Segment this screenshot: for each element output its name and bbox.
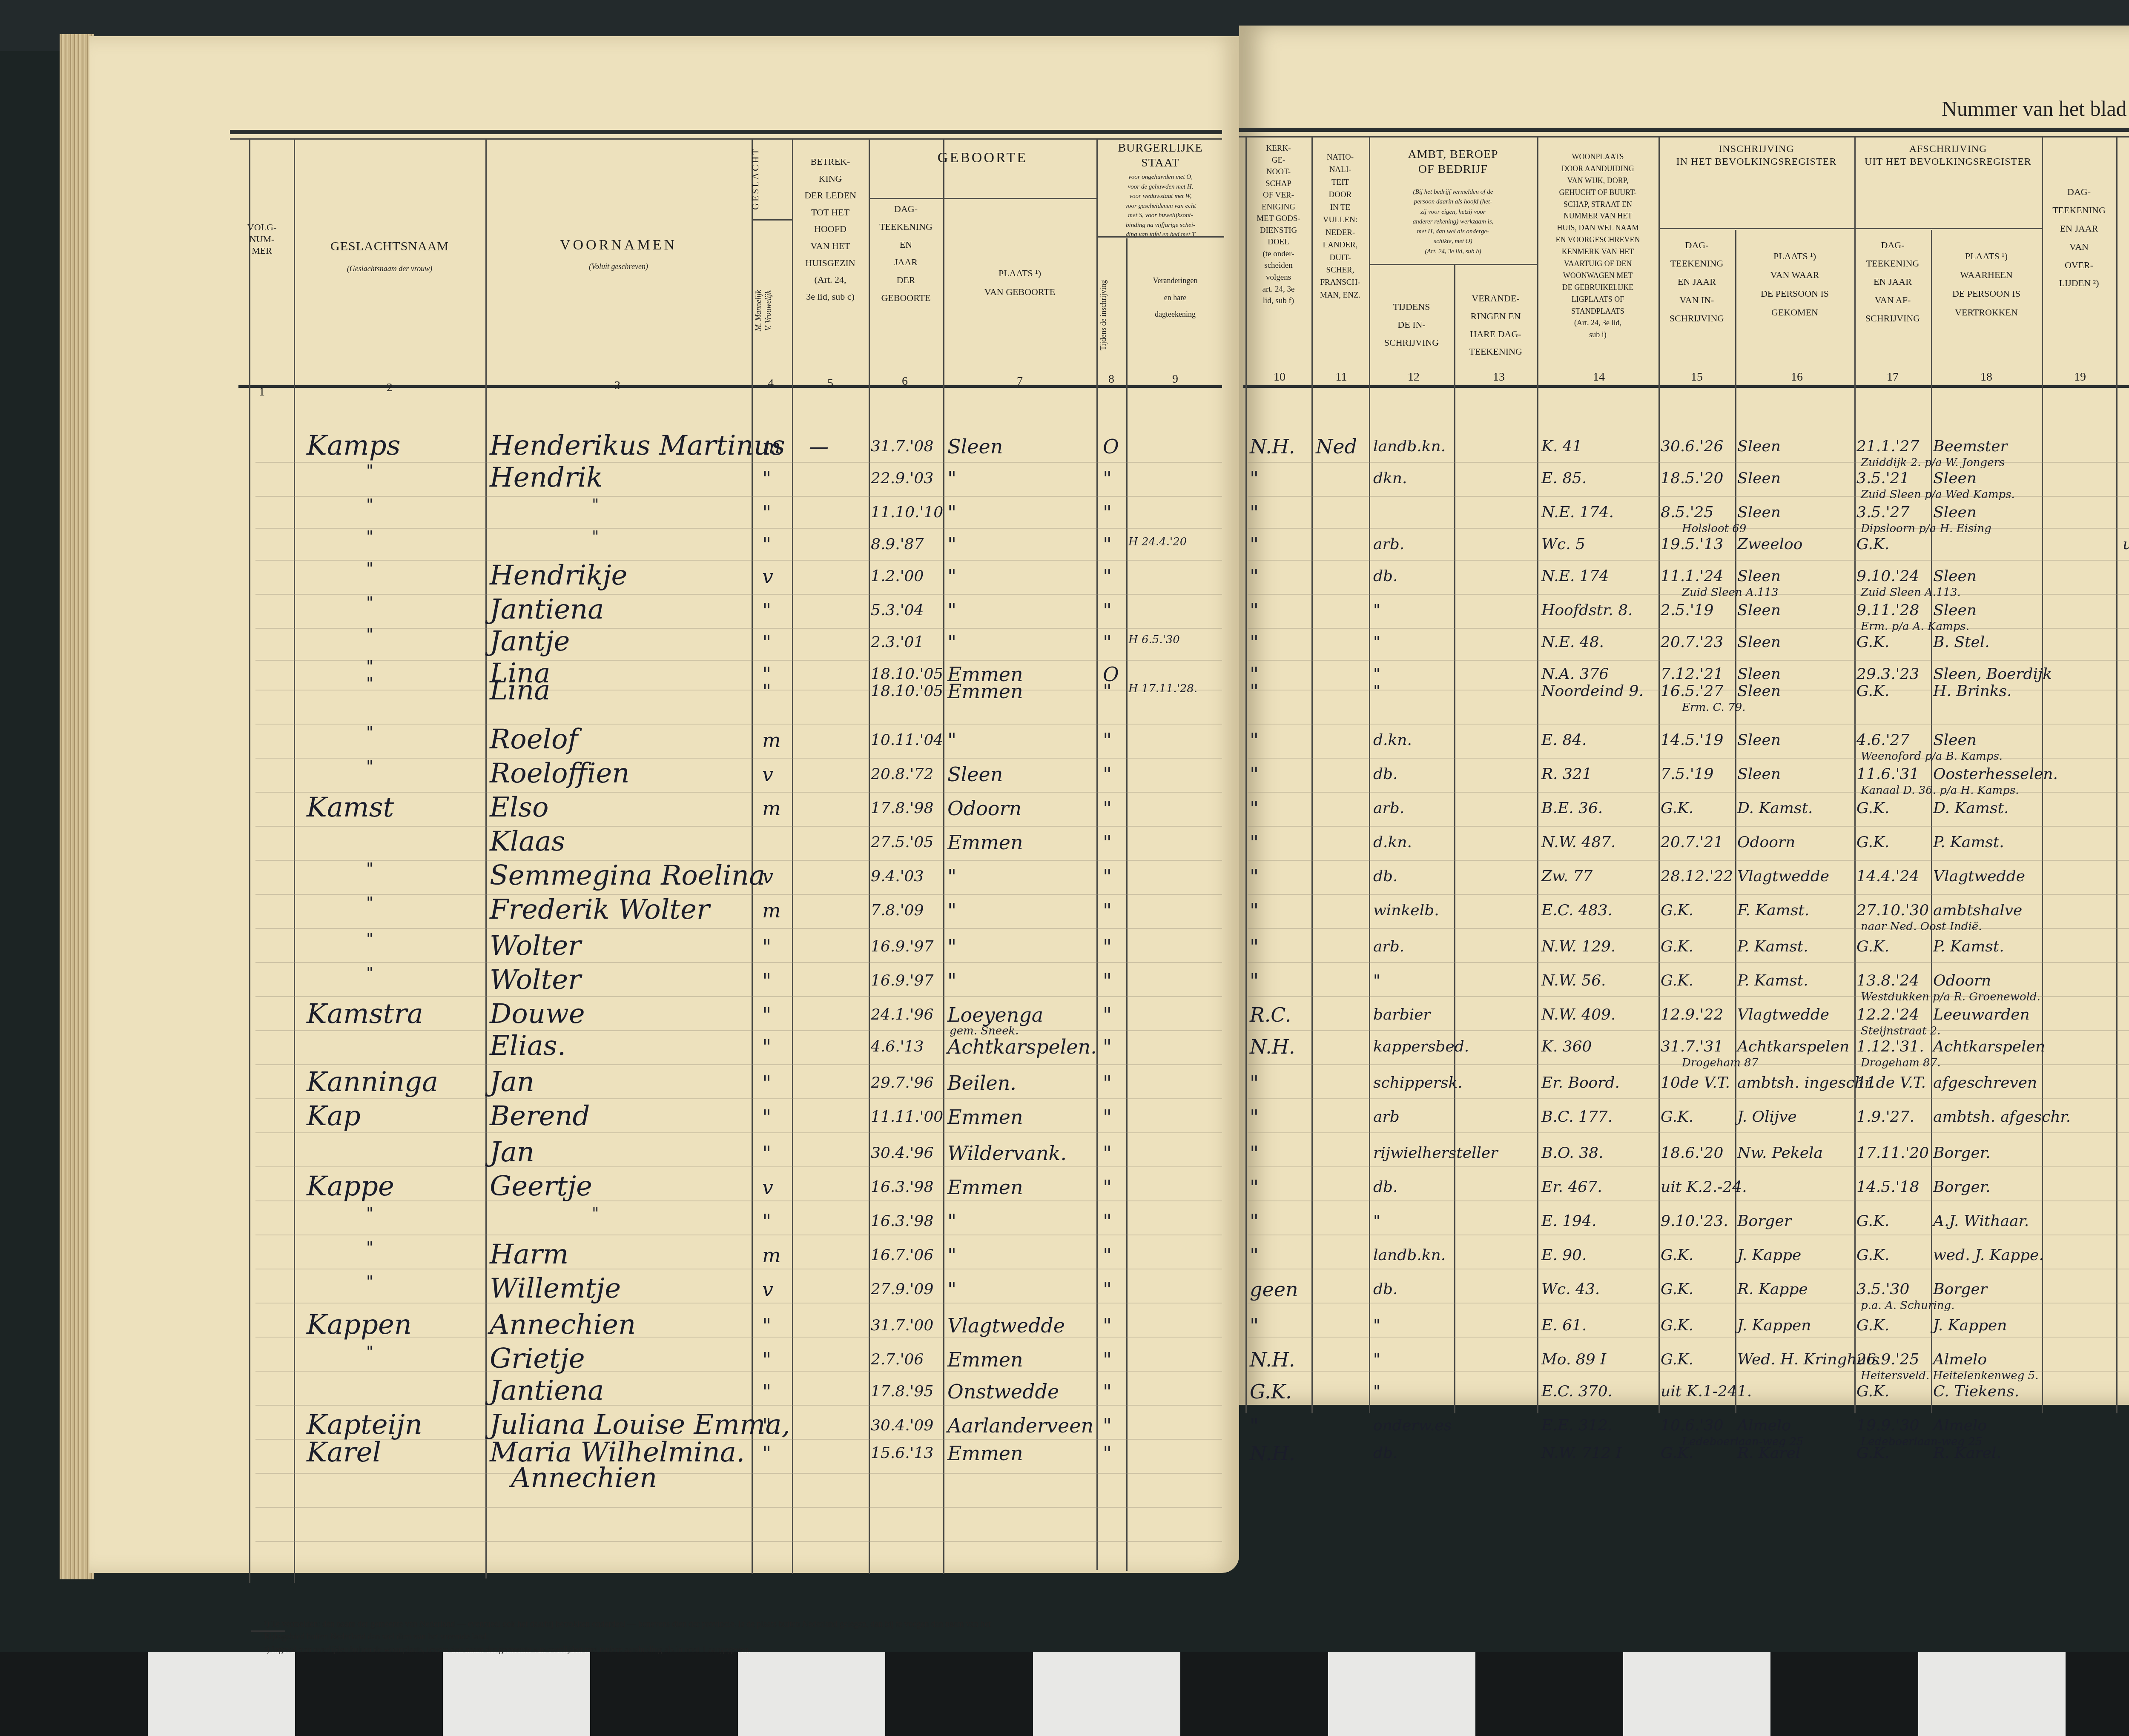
- registration-date-cell: 18.5.'20: [1661, 470, 1723, 487]
- moved-to-note: Zuid Sleen A.113.: [1861, 586, 1961, 599]
- deregistration-date-cell: 12.2.'24: [1856, 1006, 1919, 1023]
- residence-cell: E. 61.: [1541, 1317, 1587, 1334]
- row-line: [255, 1132, 1222, 1133]
- birthdate-cell: 29.7.'96: [871, 1074, 933, 1091]
- row-line: [1248, 1269, 2129, 1269]
- deregistration-date-cell: 11de V.T.: [1856, 1074, 1926, 1091]
- sex-cell: v: [762, 865, 773, 888]
- came-from-cell: Sleen: [1737, 602, 1781, 619]
- residence-cell: Hoofdstr. 8.: [1541, 602, 1633, 619]
- church-cell: ": [1250, 831, 1259, 854]
- birthdate-cell: 27.5.'05: [871, 834, 933, 851]
- occupation-cell: landb.kn.: [1373, 1246, 1446, 1264]
- civil-status-cell: ": [1103, 1210, 1112, 1233]
- moved-to-cell: P. Kamst.: [1933, 834, 2004, 851]
- row-line: [1248, 660, 2129, 661]
- registration-date-cell: 18.6.'20: [1661, 1144, 1723, 1162]
- civil-status-cell: ": [1103, 763, 1112, 786]
- birthdate-cell: 24.1.'96: [871, 1006, 933, 1023]
- row-line: [255, 496, 1222, 497]
- col-number: 7: [1007, 375, 1033, 388]
- civil-status-cell: ": [1103, 1071, 1112, 1094]
- col-line: [792, 140, 793, 1574]
- firstname-continuation: Annechien: [511, 1462, 657, 1494]
- col-header-afschrijving-datum: DAG- TEEKENING EN JAAR VAN AF- SCHRIJVIN…: [1854, 236, 1931, 327]
- birthdate-cell: 16.3.'98: [871, 1212, 933, 1230]
- sex-cell: ": [762, 501, 771, 524]
- residence-cell: E. 194.: [1541, 1212, 1596, 1230]
- surname-cell: ": [366, 675, 373, 692]
- sex-cell: ": [762, 1414, 771, 1437]
- moved-to-cell: Sleen: [1933, 567, 1977, 585]
- firstname-cell: Annechien: [490, 1309, 636, 1341]
- occupation-cell: arb.: [1373, 799, 1404, 817]
- col-header-veranderingen: Veranderingen en hare dagteekening: [1126, 272, 1224, 323]
- came-from-cell: Sleen: [1737, 633, 1781, 651]
- moved-to-cell: Almelo: [1933, 1417, 1987, 1434]
- birthplace-cell: ": [947, 599, 956, 622]
- moved-to-cell: Sleen: [1933, 731, 1977, 749]
- moved-to-cell: ambtsh. afgeschr.: [1933, 1108, 2071, 1126]
- civil-status-cell: ": [1103, 501, 1112, 524]
- occupation-cell: winkelb.: [1373, 902, 1439, 919]
- firstname-cell: Roelof: [490, 724, 578, 755]
- church-cell: N.H.: [1250, 1348, 1295, 1371]
- sex-cell: ": [762, 1071, 771, 1094]
- row-line: [255, 1200, 1222, 1201]
- surname-cell: ": [366, 894, 373, 911]
- firstname-cell: Geertje: [490, 1171, 592, 1202]
- col-number: 14: [1586, 370, 1612, 384]
- col-line: [943, 140, 944, 1574]
- church-cell: ": [1250, 1414, 1259, 1437]
- col-line: [1931, 230, 1932, 1413]
- residence-cell: B.C. 177.: [1541, 1108, 1613, 1126]
- church-cell: ": [1250, 797, 1259, 820]
- col-number: 12: [1401, 370, 1426, 384]
- col-header-woonplaats: WOONPLAATS DOOR AANDUIDING VAN WIJK, DOR…: [1537, 151, 1658, 341]
- residence-cell: K. 360: [1541, 1038, 1592, 1055]
- occupation-cell: schippersk.: [1373, 1074, 1463, 1091]
- civil-status-cell: ": [1103, 1380, 1112, 1403]
- moved-to-cell: Sleen: [1933, 602, 1977, 619]
- moved-to-cell: Odoorn: [1933, 972, 1991, 989]
- footnotes: ¹) Te vermelden: den naam der gemeente v…: [264, 1618, 1030, 1656]
- row-line: [255, 1507, 1222, 1508]
- firstname-cell: Jantiena: [490, 1375, 604, 1407]
- row-line: [1248, 826, 2129, 827]
- church-cell: N.H.: [1250, 1442, 1295, 1465]
- sex-cell: m: [762, 729, 781, 752]
- relation-cell: —: [809, 435, 829, 458]
- occupation-cell: rijwielhersteller: [1373, 1144, 1498, 1162]
- birthplace-cell: ": [947, 467, 956, 490]
- col-header-ambt-veranderingen: VERANDE- RINGEN EN HARE DAG- TEEKENING: [1454, 289, 1537, 361]
- row-line: [1248, 1166, 2129, 1167]
- group-header-ambt: AMBT, BEROEP OF BEDRIJF: [1369, 147, 1537, 177]
- church-cell: ": [1250, 467, 1259, 490]
- deregistration-date-cell: 27.10.'30: [1856, 902, 1929, 919]
- occupation-cell: d.kn.: [1373, 731, 1412, 749]
- occupation-cell: kappersbed.: [1373, 1038, 1469, 1055]
- row-line: [255, 1064, 1222, 1065]
- deregistration-date-cell: 26.9.'25: [1856, 1351, 1919, 1368]
- came-from-cell: Sleen: [1737, 438, 1781, 455]
- sex-cell: v: [762, 1176, 773, 1199]
- registration-date-cell: G.K.: [1661, 1317, 1693, 1334]
- inschrijving-rule: [1658, 228, 1854, 229]
- col-header-nationaliteit: NATIO- NALI- TEIT DOOR IN TE VULLEN: NED…: [1311, 151, 1369, 301]
- row-line: [255, 1473, 1222, 1474]
- row-line: [255, 724, 1222, 725]
- came-from-cell: Borger: [1737, 1212, 1791, 1230]
- deregistration-date-cell: G.K.: [1856, 633, 1889, 651]
- residence-cell: K. 41: [1541, 438, 1582, 455]
- birthdate-cell: 5.3.'04: [871, 602, 924, 619]
- civil-status-cell: ": [1103, 1348, 1112, 1371]
- moved-to-cell: Borger.: [1933, 1178, 1990, 1196]
- row-line: [1248, 1098, 2129, 1099]
- birthdate-cell: 15.6.'13: [871, 1444, 933, 1462]
- col-header-aanmerkingen: AAN- MERKINGEN (Art. 24, 5e lid): [2116, 213, 2129, 262]
- registration-date-cell: G.K.: [1661, 902, 1693, 919]
- occupation-cell: db.: [1373, 765, 1398, 783]
- col-line: [1735, 230, 1736, 1413]
- row-line: [255, 660, 1222, 661]
- residence-cell: Wc. 43.: [1541, 1281, 1600, 1298]
- col-number: 13: [1486, 370, 1512, 384]
- deregistration-date-cell: 9.10.'24: [1856, 567, 1919, 585]
- civil-status-cell: ": [1103, 935, 1112, 958]
- col-number: 17: [1880, 370, 1905, 384]
- firstname-cell: ": [592, 528, 599, 545]
- moved-to-cell: Beemster: [1933, 438, 2008, 455]
- came-from-cell: Sleen: [1737, 765, 1781, 783]
- col-line: [1454, 264, 1455, 1413]
- sex-cell: m: [762, 1244, 781, 1267]
- col-header-voornamen: VOORNAMEN: [485, 236, 752, 255]
- church-cell: ": [1250, 533, 1259, 556]
- col-number: 4: [758, 377, 783, 390]
- col-header-geslachtsnaam: GESLACHTSNAAM: [294, 238, 485, 255]
- row-line: [1248, 1337, 2129, 1338]
- col-header-betrekking: BETREK- KING DER LEDEN TOT HET HOOFD VAN…: [792, 153, 869, 305]
- row-line: [255, 690, 1222, 690]
- occupation-cell: ": [1373, 1317, 1380, 1334]
- civil-status-cell: ": [1103, 680, 1112, 703]
- registration-date-cell: 14.5.'19: [1661, 731, 1723, 749]
- row-line: [255, 560, 1222, 561]
- firstname-cell: Semmegina Roelina: [490, 860, 765, 891]
- occupation-cell: ": [1373, 972, 1380, 989]
- civil-status-cell: ": [1103, 1106, 1112, 1129]
- group-header-burgerlijke-staat: BURGERLIJKE STAAT: [1096, 140, 1224, 170]
- church-cell: ": [1250, 501, 1259, 524]
- firstname-cell: ": [592, 1205, 599, 1222]
- col-line: [1854, 136, 1856, 1413]
- col-number: 18: [1974, 370, 1999, 384]
- civil-status-cell: ": [1103, 467, 1112, 490]
- moved-to-cell: Sleen: [1933, 504, 1977, 521]
- birthdate-cell: 16.7.'06: [871, 1246, 933, 1264]
- col-header-tijdens-inschrijving: Tijdens de inschrijving: [1099, 272, 1124, 358]
- surname-cell: Kap: [307, 1100, 361, 1132]
- civil-status-cell: ": [1103, 1035, 1112, 1058]
- surname-cell: ": [366, 1343, 373, 1361]
- moved-to-note: Zuid Sleen p/a Wed Kamps.: [1861, 488, 2015, 501]
- col-header-afschrijving-plaats: PLAATS ¹) WAARHEEN DE PERSOON IS VERTROK…: [1931, 247, 2042, 322]
- col-number: 1: [249, 385, 275, 399]
- firstname-cell: Hendrik: [490, 462, 603, 493]
- surname-cell: ": [366, 462, 373, 479]
- registration-date-cell: 20.7.'23: [1661, 633, 1723, 651]
- surname-cell: Kamstra: [307, 998, 423, 1030]
- church-cell: ": [1250, 969, 1259, 992]
- row-line: [255, 462, 1222, 463]
- col-line: [1658, 136, 1660, 1413]
- col-header-geboorteplaats: PLAATS ¹) VAN GEBOORTE: [943, 264, 1096, 301]
- civil-status-cell: ": [1103, 533, 1112, 556]
- deregistration-date-cell: 13.8.'24: [1856, 972, 1919, 989]
- came-from-cell: P. Kamst.: [1737, 938, 1808, 955]
- firstname-cell: Willemtje: [490, 1273, 621, 1304]
- col-header-kerkgenootschap: KERK- GE- NOOT- SCHAP OF VER- ENIGING ME…: [1245, 143, 1311, 307]
- surname-cell: ": [366, 1273, 373, 1290]
- deregistration-date-cell: G.K.: [1856, 938, 1889, 955]
- row-line: [255, 1269, 1222, 1269]
- birthplace-cell: ": [947, 865, 956, 888]
- civil-status-cell: ": [1103, 631, 1112, 654]
- firstname-cell: Harm: [490, 1239, 568, 1270]
- col-line: [1311, 136, 1313, 1413]
- birthdate-cell: 16.3.'98: [871, 1178, 933, 1196]
- birthplace-cell: ": [947, 1278, 956, 1301]
- birthplace-cell: Achtkarspelen.: [947, 1035, 1097, 1058]
- residence-cell: Wc. 5: [1541, 536, 1585, 553]
- deregistration-date-cell: 1.12.'31.: [1856, 1038, 1924, 1055]
- deregistration-date-cell: 11.6.'31: [1856, 765, 1919, 783]
- moved-to-cell: Borger: [1933, 1281, 1987, 1298]
- deregistration-date-cell: 3.5.'30: [1856, 1281, 1909, 1298]
- deregistration-date-cell: 4.6.'27: [1856, 731, 1909, 749]
- moved-to-note: Weenoford p/a B. Kamps.: [1861, 750, 2003, 763]
- footnote-1: ¹) Te vermelden: den naam der gemeente v…: [264, 1618, 1030, 1643]
- residence-cell: E. 90.: [1541, 1246, 1587, 1264]
- col-header-overlijden: DAG- TEEKENING EN JAAR VAN OVER- LIJDEN …: [2042, 183, 2116, 292]
- surname-cell: ": [366, 626, 373, 643]
- firstname-cell: Jantiena: [490, 594, 604, 625]
- birthplace-cell: Vlagtwedde: [947, 1314, 1065, 1337]
- color-calibration-strip: [0, 1652, 2129, 1736]
- occupation-cell: landb.kn.: [1373, 438, 1446, 455]
- came-from-cell: Zweeloo: [1737, 536, 1802, 553]
- occupation-cell: arb.: [1373, 536, 1404, 553]
- birthdate-cell: 31.7.'08: [871, 438, 933, 455]
- birthdate-cell: 30.4.'09: [871, 1417, 933, 1434]
- came-from-cell: Vlagtwedde: [1737, 868, 1829, 885]
- residence-cell: E.C. 370.: [1541, 1383, 1613, 1400]
- deregistration-date-cell: G.K.: [1856, 834, 1889, 851]
- came-from-cell: R. Karel: [1737, 1444, 1800, 1462]
- sex-cell: ": [762, 1003, 771, 1026]
- occupation-cell: arb.: [1373, 938, 1404, 955]
- came-from-cell: D. Kamst.: [1737, 799, 1813, 817]
- moved-to-cell: wed. J. Kappe.: [1933, 1246, 2044, 1264]
- moved-to-note: naar Ned. Oost Indië.: [1861, 920, 1982, 933]
- sex-cell: v: [762, 1278, 773, 1301]
- church-cell: geen: [1250, 1278, 1298, 1301]
- remark-cell: uit Dl. 85/68.: [2123, 536, 2129, 553]
- moved-to-cell: afgeschreven: [1933, 1074, 2037, 1091]
- moved-to-note: Erm. p/a A. Kamps.: [1861, 620, 1969, 633]
- came-from-note: Drogeham 87: [1682, 1057, 1758, 1069]
- deregistration-date-cell: G.K.: [1856, 1383, 1889, 1400]
- sex-cell: ": [762, 1314, 771, 1337]
- firstname-cell: Grietje: [490, 1343, 585, 1375]
- occupation-cell: db.: [1373, 1281, 1398, 1298]
- residence-cell: R. 321: [1541, 765, 1592, 783]
- firstname-cell: Wolter: [490, 930, 581, 962]
- moved-to-cell: J. Kappen: [1933, 1317, 2007, 1334]
- deregistration-date-cell: G.K.: [1856, 799, 1889, 817]
- birthdate-cell: 18.10.'05: [871, 665, 943, 683]
- civil-status-cell: ": [1103, 831, 1112, 854]
- birthplace-cell: Aarlanderveen: [947, 1414, 1093, 1437]
- moved-to-note: Westdukken p/a R. Groenewold.: [1861, 991, 2040, 1003]
- deregistration-date-cell: 17.11.'20: [1856, 1144, 1929, 1162]
- birthplace-cell: Emmen: [947, 1348, 1023, 1371]
- col-header-geslacht-sub: M. Mannelijk V. Vrouwelijk: [754, 255, 788, 366]
- birthplace-cell: Emmen: [947, 831, 1023, 854]
- came-from-note: Holsloot 69: [1682, 522, 1746, 535]
- sex-cell: v: [762, 565, 773, 588]
- row-line: [255, 996, 1222, 997]
- sex-cell: ": [762, 1035, 771, 1058]
- residence-cell: Mo. 89 I: [1541, 1351, 1606, 1368]
- col-header-geslacht: GESLACHT: [749, 140, 792, 217]
- came-from-cell: P. Kamst.: [1737, 972, 1808, 989]
- col-line: [294, 140, 295, 1583]
- registration-date-cell: 10de V.T.: [1661, 1074, 1730, 1091]
- book-page-edges-left: [60, 34, 94, 1579]
- birthplace-cell: ": [947, 565, 956, 588]
- sex-cell: m: [762, 435, 781, 458]
- col-number: 5: [818, 377, 843, 390]
- col-header-voornamen-sub: (Voluit geschreven): [485, 262, 752, 272]
- col-header-geboortedatum: DAG- TEEKENING EN JAAR DER GEBOORTE: [869, 200, 943, 307]
- group-header-inschrijving: INSCHRIJVING IN HET BEVOLKINGSREGISTER: [1658, 143, 1854, 168]
- residence-cell: E. 84.: [1541, 731, 1587, 749]
- surname-cell: ": [366, 658, 373, 675]
- birthdate-cell: 2.3.'01: [871, 633, 924, 651]
- church-cell: ": [1250, 1244, 1259, 1267]
- deregistration-date-cell: 21.1.'27: [1856, 438, 1919, 455]
- occupation-cell: ": [1373, 1383, 1380, 1400]
- row-line: [1248, 1200, 2129, 1201]
- deregistration-date-cell: G.K.: [1856, 1444, 1889, 1462]
- deregistration-date-cell: G.K.: [1856, 682, 1889, 700]
- civil-status-cell: ": [1103, 797, 1112, 820]
- registration-date-cell: 7.12.'21: [1661, 665, 1723, 683]
- birthdate-cell: 11.11.'00: [871, 1108, 943, 1126]
- firstname-cell: Klaas: [490, 826, 565, 857]
- registration-date-cell: 9.10.'23.: [1661, 1212, 1728, 1230]
- came-from-cell: Sleen: [1737, 731, 1781, 749]
- registration-date-cell: 2.5.'19: [1661, 602, 1713, 619]
- deregistration-date-cell: G.K.: [1856, 1212, 1889, 1230]
- occupation-cell: ": [1373, 602, 1380, 619]
- church-cell: ": [1250, 763, 1259, 786]
- residence-cell: Noordeind 9.: [1541, 682, 1644, 700]
- church-cell: ": [1250, 1071, 1259, 1094]
- registration-date-cell: 28.12.'22: [1661, 868, 1733, 885]
- church-cell: ": [1250, 631, 1259, 654]
- col-number: 19: [2067, 370, 2093, 384]
- registration-date-cell: G.K.: [1661, 972, 1693, 989]
- sex-cell: ": [762, 1442, 771, 1465]
- col-number: 8: [1099, 372, 1124, 386]
- came-from-cell: R. Kappe: [1737, 1281, 1808, 1298]
- col-header-inschrijving-plaats: PLAATS ¹) VAN WAAR DE PERSOON IS GEKOMEN: [1735, 247, 1854, 322]
- firstname-cell: Douwe: [490, 998, 585, 1030]
- birthdate-cell: 4.6.'13: [871, 1038, 924, 1055]
- occupation-cell: db.: [1373, 1444, 1398, 1462]
- row-line: [255, 1030, 1222, 1031]
- birthdate-cell: 9.4.'03: [871, 868, 924, 885]
- occupation-cell: ": [1373, 633, 1380, 651]
- church-cell: ": [1250, 729, 1259, 752]
- moved-to-cell: H. Brinks.: [1933, 682, 2011, 700]
- church-cell: N.H.: [1250, 435, 1295, 458]
- birthplace-cell: Onstwedde: [947, 1380, 1059, 1403]
- row-line: [1248, 962, 2129, 963]
- ambt-rule: [1369, 264, 1537, 265]
- nationality-cell: Ned: [1316, 435, 1357, 458]
- moved-to-note: Steijnstraat 2.: [1861, 1025, 1941, 1037]
- birthdate-cell: 30.4.'96: [871, 1144, 933, 1162]
- sex-cell: ": [762, 969, 771, 992]
- residence-cell: Er. 467.: [1541, 1178, 1602, 1196]
- moved-to-cell: Almelo: [1933, 1351, 1987, 1368]
- civil-status-cell: ": [1103, 1278, 1112, 1301]
- row-line: [255, 928, 1222, 929]
- came-from-cell: Odoorn: [1737, 834, 1795, 851]
- firstname-cell: Elias.: [490, 1030, 566, 1062]
- birthplace-cell: Emmen: [947, 1442, 1023, 1465]
- residence-cell: N.E. 174.: [1541, 504, 1614, 521]
- residence-cell: E.C. 483.: [1541, 902, 1613, 919]
- moved-to-cell: A.J. Withaar.: [1933, 1212, 2029, 1230]
- came-from-note: Erm. C. 79.: [1682, 701, 1745, 714]
- row-line: [1248, 1303, 2129, 1303]
- birthplace-cell: Odoorn: [947, 797, 1021, 820]
- came-from-cell: Sleen: [1737, 470, 1781, 487]
- row-line: [255, 1098, 1222, 1099]
- header-rule-right: [1239, 136, 2129, 138]
- birthplace-cell: ": [947, 1244, 956, 1267]
- firstname-cell: Roeloffien: [490, 758, 630, 789]
- occupation-cell: barbier: [1373, 1006, 1431, 1023]
- moved-to-note: p.a. A. Schuring.: [1861, 1299, 1955, 1312]
- birthdate-cell: 10.11.'04: [871, 731, 943, 749]
- col-header-volgnummer: VOLG- NUM- MER: [238, 221, 285, 257]
- col-number: 6: [892, 375, 918, 388]
- moved-to-cell: P. Kamst.: [1933, 938, 2004, 955]
- church-cell: ": [1250, 1106, 1259, 1129]
- birthdate-cell: 8.9.'87: [871, 536, 924, 553]
- church-cell: N.H.: [1250, 1035, 1295, 1058]
- row-line: [255, 1371, 1222, 1372]
